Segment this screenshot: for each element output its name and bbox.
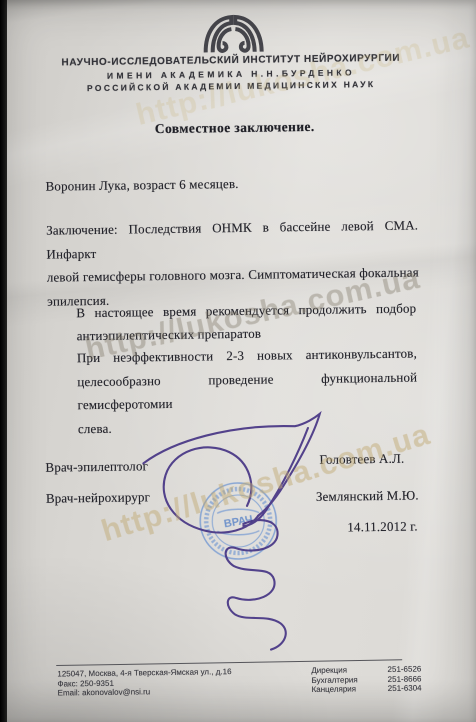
phone-label: Канцелярия	[312, 685, 357, 695]
document-date: 14.11.2012 г.	[347, 519, 418, 536]
footer-phone-row: Канцелярия 251-6304	[312, 684, 422, 695]
document-title: Совместное заключение.	[0, 117, 473, 140]
conclusion-line: Заключение: Последствия ОНМК в бассейне …	[46, 213, 419, 265]
document-photo: НАУЧНО-ИССЛЕДОВАТЕЛЬСКИЙ ИНСТИТУТ НЕЙРОХ…	[0, 0, 476, 722]
handwritten-signature-icon	[129, 410, 352, 658]
photo-dark-edge	[0, 0, 7, 722]
phone-number: 251-8666	[388, 674, 422, 684]
brain-spiral-logo-icon	[202, 12, 265, 55]
recommendation-paragraph-1: В настоящее время рекомендуется продолжи…	[76, 297, 417, 348]
footer-contact-block: 125047, Москва, 4-я Тверская-Ямская ул.,…	[57, 666, 277, 698]
phone-number: 251-6526	[387, 664, 421, 674]
document-content: НАУЧНО-ИССЛЕДОВАТЕЛЬСКИЙ ИНСТИТУТ НЕЙРОХ…	[0, 0, 476, 722]
patient-line: Воронин Лука, возраст 6 месяцев.	[45, 173, 425, 194]
phone-number: 251-6304	[388, 684, 422, 694]
footer-phones-block: Дирекция 251-6526 Бухгалтерия 251-8666 К…	[311, 664, 421, 694]
recommendation-line: целесообразно проведение функциональной …	[77, 365, 418, 417]
letterhead: НАУЧНО-ИССЛЕДОВАТЕЛЬСКИЙ ИНСТИТУТ НЕЙРОХ…	[24, 52, 438, 94]
phone-label: Дирекция	[311, 666, 347, 676]
footer-email: Email: akonovalov@nsi.ru	[58, 686, 278, 699]
recommendation-line: В настоящее время рекомендуется продолжи…	[76, 297, 416, 325]
